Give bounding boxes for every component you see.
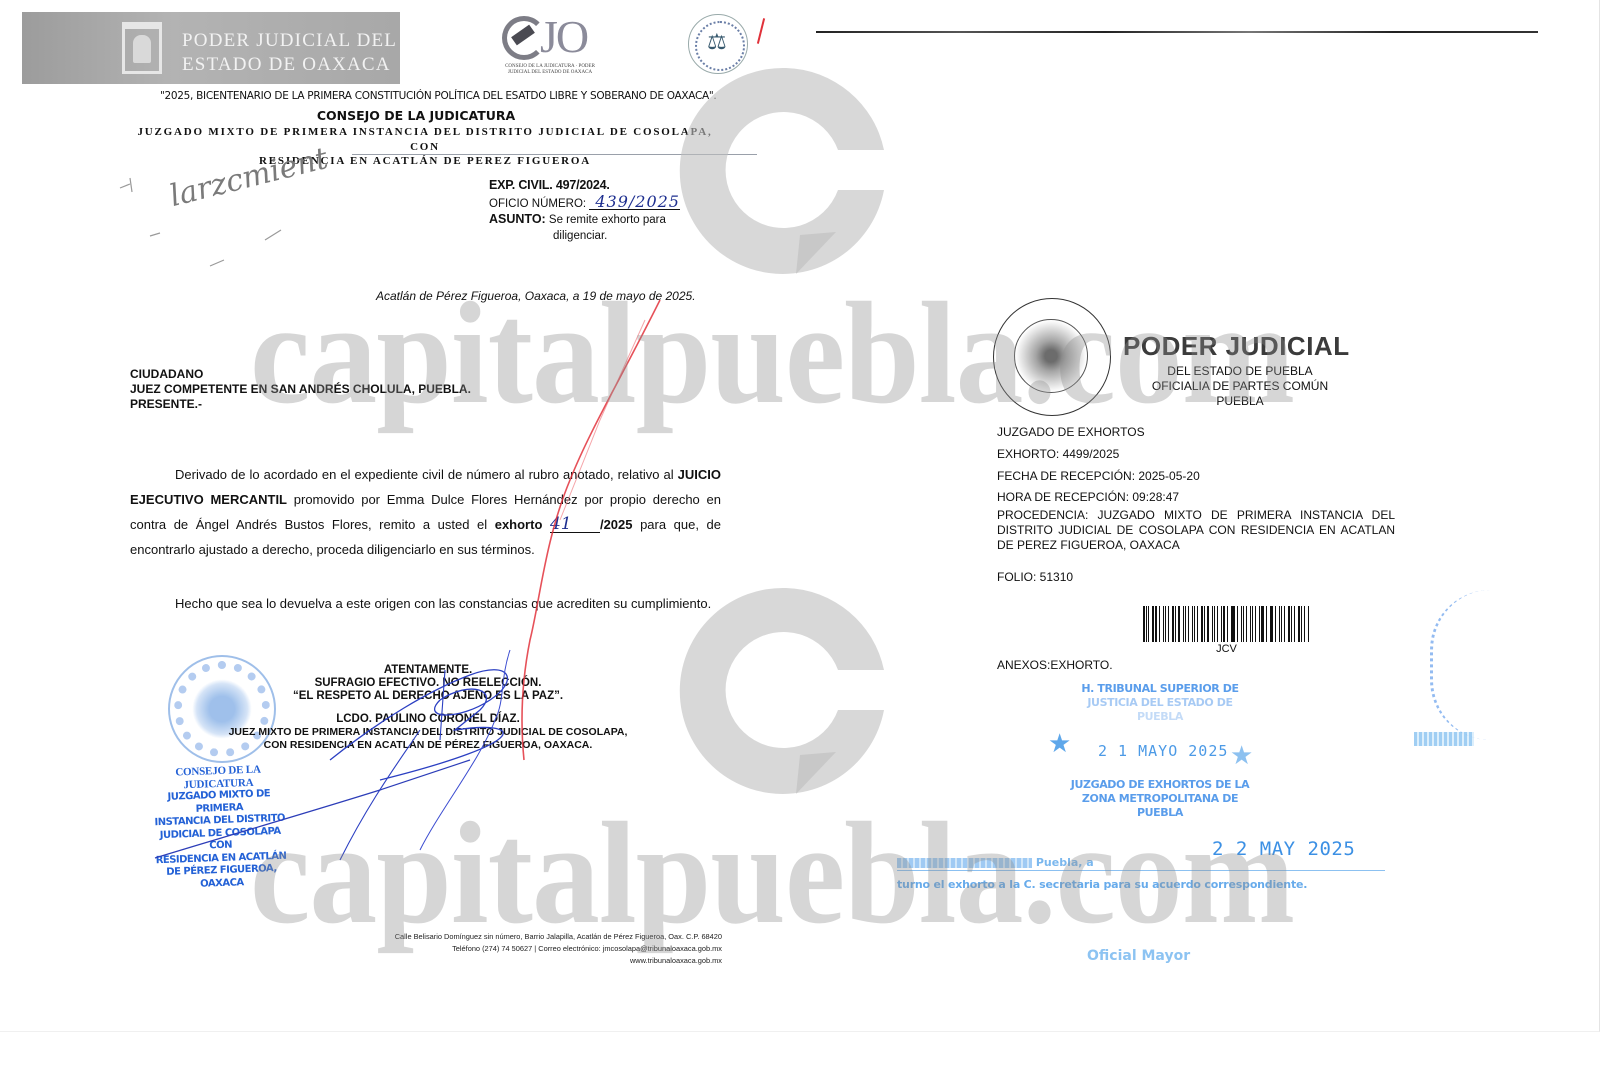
barcode-bar <box>1207 606 1209 642</box>
barcode-bar <box>1291 606 1292 642</box>
red-pen-mark <box>757 18 765 44</box>
receipt-barcode <box>1143 606 1310 642</box>
judge-title-2: CON RESIDENCIA EN ACATLÁN DE PÉREZ FIGUE… <box>228 739 628 752</box>
stamp1-date: 2 1 MAYO 2025 <box>1098 742 1228 760</box>
asunto-block: ASUNTO: Se remite exhorto para diligenci… <box>489 211 666 244</box>
p1-exhorto-year: /2025 <box>600 517 633 532</box>
body-paragraph-1: Derivado de lo acordado en el expediente… <box>130 462 721 562</box>
barcode-bar <box>1204 606 1205 642</box>
p1-text-start: Derivado de lo acordado en el expediente… <box>175 467 678 482</box>
stamp1-line-2: JUSTICIA DEL ESTADO DE <box>1040 696 1280 709</box>
barcode-bar <box>1255 606 1256 642</box>
p2-text: Hecho que sea lo devuelva a este origen … <box>175 596 711 611</box>
barcode-bar <box>1143 606 1145 642</box>
barcode-label: JCV <box>1143 643 1310 655</box>
cjo-logo: JO CONSEJO DE LA JUDICATURA · PODER JUDI… <box>502 16 598 80</box>
scanned-document: PODER JUDICIAL DEL ESTADO DE OAXACA JO C… <box>0 0 1600 1032</box>
asunto-line-1: Se remite exhorto para <box>549 214 666 226</box>
barcode-bar <box>1165 606 1166 642</box>
motto-line-1: SUFRAGIO EFECTIVO. NO REELECCIÓN. <box>228 677 628 690</box>
barcode-bar <box>1232 606 1234 642</box>
oaxaca-judiciary-banner: PODER JUDICIAL DEL ESTADO DE OAXACA <box>22 12 400 84</box>
star-icon: ★ <box>1048 728 1071 759</box>
barcode-bar <box>1301 606 1303 642</box>
receipt-folio: FOLIO: 51310 <box>997 570 1395 584</box>
barcode-bar <box>1178 606 1180 642</box>
barcode-bar <box>1231 606 1232 642</box>
barcode-bar <box>1168 606 1170 642</box>
top-scan-line <box>816 31 1538 33</box>
header-rule <box>352 154 757 155</box>
asunto-line-2: diligenciar. <box>489 228 666 244</box>
barcode-bar <box>1172 606 1174 642</box>
watermark-text-upper: capitalpuebla.com <box>250 280 1273 426</box>
receipt-annexes: ANEXOS:EXHORTO. <box>997 658 1395 672</box>
barcode-bar <box>1308 606 1309 642</box>
barcode-bar <box>1197 606 1199 642</box>
barcode-bar <box>1227 606 1228 642</box>
receipt-time: HORA DE RECEPCIÓN: 09:28:47 <box>997 490 1395 504</box>
stamp1-line-4: JUZGADO DE EXHORTOS DE LA <box>1040 778 1280 791</box>
barcode-bar <box>1246 606 1247 642</box>
barcode-bar <box>1148 606 1149 642</box>
barcode-bar <box>1212 606 1213 642</box>
receipt-exhorto: EXHORTO: 4499/2025 <box>997 447 1395 461</box>
cjo-letters: JO <box>540 10 587 63</box>
asunto-label: ASUNTO: <box>489 212 546 226</box>
barcode-bar <box>1266 606 1267 642</box>
p1-exhorto-label: exhorto <box>495 517 543 532</box>
barcode-bar <box>1270 606 1271 642</box>
oficio-handwritten-value: 439/2025 <box>589 195 680 210</box>
council-heading: CONSEJO DE LA JUDICATURA <box>0 108 900 123</box>
oaxaca-emblem-icon <box>122 22 162 74</box>
barcode-bar <box>1252 606 1253 642</box>
barcode-bar <box>1281 606 1283 642</box>
stamp1-line-3: PUEBLA <box>1040 710 1280 723</box>
barcode-bar <box>1288 606 1290 642</box>
expediente-number: EXP. CIVIL. 497/2024. <box>489 178 610 192</box>
barcode-bar <box>1284 606 1285 642</box>
barcode-bar <box>1188 606 1190 642</box>
signature-block: ATENTAMENTE. SUFRAGIO EFECTIVO. NO REELE… <box>228 664 628 752</box>
barcode-bar <box>1250 606 1252 642</box>
barcode-bar <box>1194 606 1195 642</box>
barcode-bar <box>1279 606 1280 642</box>
barcode-bar <box>1183 606 1184 642</box>
body-paragraph-2: Hecho que sea lo devuelva a este origen … <box>130 591 721 616</box>
justice-round-seal-icon <box>688 14 748 74</box>
barcode-bar <box>1294 606 1295 642</box>
banner-line-2: ESTADO DE OAXACA <box>182 54 391 76</box>
barcode-bar <box>1201 606 1203 642</box>
barcode-bar <box>1259 606 1261 642</box>
barcode-bar <box>1217 606 1219 642</box>
motto-line-2: “EL RESPETO AL DERECHO AJENO ES LA PAZ”. <box>228 690 628 703</box>
oficio-label: OFICIO NÚMERO: <box>489 198 586 210</box>
cjo-caption: CONSEJO DE LA JUDICATURA · PODER JUDICIA… <box>502 64 598 76</box>
barcode-bar <box>1152 606 1154 642</box>
barcode-bar <box>1163 606 1164 642</box>
partial-stamp-text <box>1414 732 1474 746</box>
barcode-bar <box>1237 606 1238 642</box>
barcode-bar <box>1304 606 1305 642</box>
barcode-bar <box>1298 606 1300 642</box>
watermark-text-lower: capitalpuebla.com <box>250 800 1273 946</box>
footer-website: www.tribunaloaxaca.gob.mx <box>300 955 722 967</box>
receipt-date: FECHA DE RECEPCIÓN: 2025-05-20 <box>997 469 1395 483</box>
star-icon: ★ <box>1230 740 1253 771</box>
barcode-bar <box>1223 606 1225 642</box>
stamp1-line-1: H. TRIBUNAL SUPERIOR DE <box>1040 682 1280 695</box>
barcode-bar <box>1241 606 1243 642</box>
barcode-bar <box>1185 606 1186 642</box>
barcode-bar <box>1275 606 1276 642</box>
partial-round-stamp-icon <box>1430 590 1500 740</box>
barcode-bar <box>1271 606 1273 642</box>
barcode-bar <box>1192 606 1193 642</box>
judge-name: LCDO. PAULINO CORONEL DÍAZ. <box>228 713 628 726</box>
court-heading: JUZGADO MIXTO DE PRIMERA INSTANCIA DEL D… <box>130 125 720 169</box>
closing-line: ATENTAMENTE. <box>228 664 628 677</box>
court-heading-line-1: JUZGADO MIXTO DE PRIMERA INSTANCIA DEL D… <box>130 125 720 154</box>
barcode-bar <box>1175 606 1176 642</box>
barcode-bar <box>1159 606 1160 642</box>
barcode-bar <box>1221 606 1222 642</box>
barcode-bar <box>1261 606 1263 642</box>
receipt-origin: PROCEDENCIA: JUZGADO MIXTO DE PRIMERA IN… <box>997 508 1395 553</box>
barcode-bar <box>1155 606 1157 642</box>
barcode-bar <box>1243 606 1244 642</box>
council-heading-text: CONSEJO DE LA JUDICATURA <box>317 108 515 123</box>
bicentennial-motto: "2025, BICENTENARIO DE LA PRIMERA CONSTI… <box>160 90 716 102</box>
oficio-number: OFICIO NÚMERO: 439/2025 <box>489 195 680 210</box>
banner-line-1: PODER JUDICIAL DEL <box>182 30 397 52</box>
exhorto-handwritten-number: 41 <box>550 517 600 533</box>
barcode-bar <box>1146 606 1147 642</box>
judge-title-1: JUEZ MIXTO DE PRIMERA INSTANCIA DEL DIST… <box>228 726 628 739</box>
barcode-bar <box>1214 606 1215 642</box>
